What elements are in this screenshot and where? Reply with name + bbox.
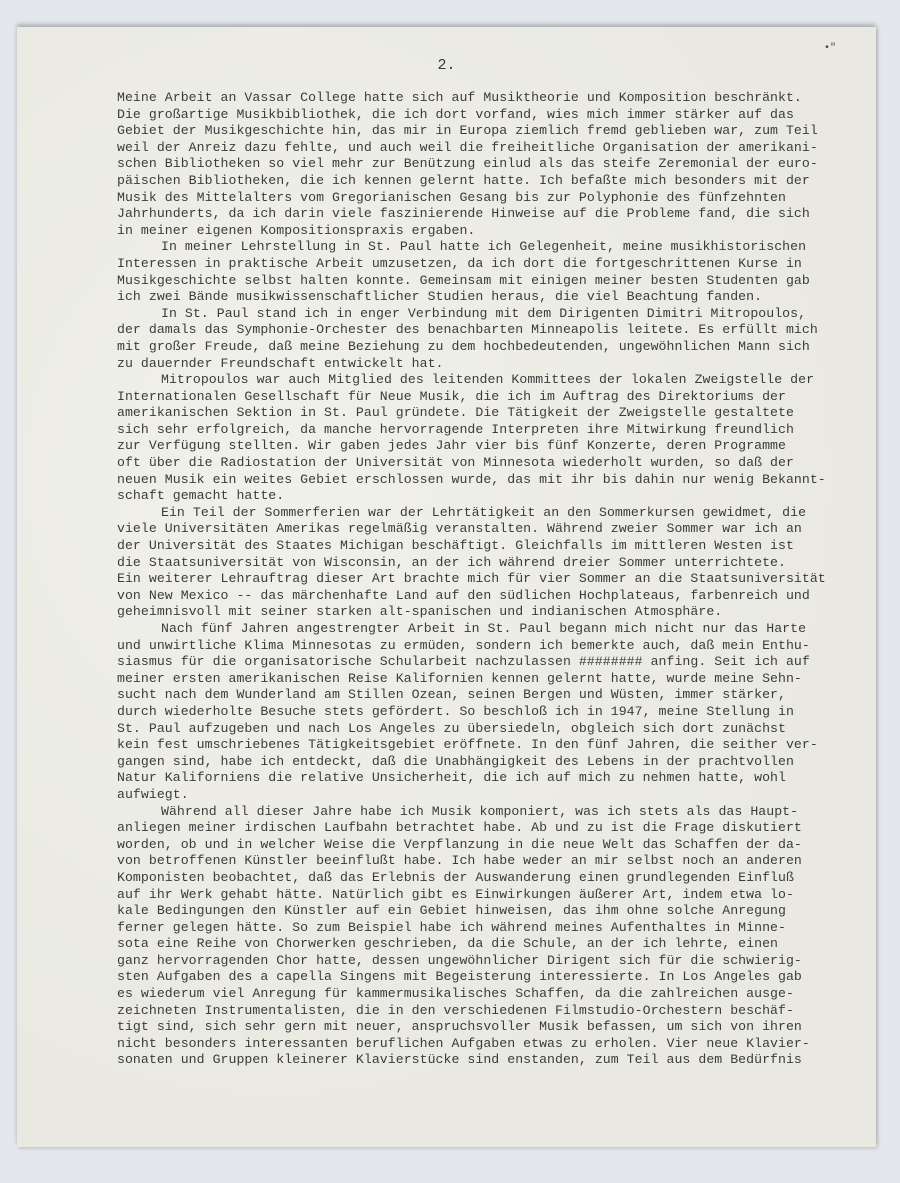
text-line: in meiner eigenen Kompositionspraxis erg… xyxy=(117,223,877,240)
text-line: durch wiederholte Besuche stets geförder… xyxy=(117,704,877,721)
text-line: Während all dieser Jahre habe ich Musik … xyxy=(117,804,877,821)
text-line: St. Paul aufzugeben und nach Los Angeles… xyxy=(117,721,877,738)
text-line: worden, ob und in welcher Weise die Verp… xyxy=(117,837,877,854)
text-line: Internationalen Gesellschaft für Neue Mu… xyxy=(117,389,877,406)
text-line: sota eine Reihe von Chorwerken geschrieb… xyxy=(117,936,877,953)
text-line: Mitropoulos war auch Mitglied des leiten… xyxy=(117,372,877,389)
text-line: Ein weiterer Lehrauftrag dieser Art brac… xyxy=(117,571,877,588)
text-line: ferner gelegen hätte. So zum Beispiel ha… xyxy=(117,920,877,937)
text-line: gangen sind, habe ich entdeckt, daß die … xyxy=(117,754,877,771)
text-line: mit großer Freude, daß meine Beziehung z… xyxy=(117,339,877,356)
text-line: ich zwei Bände musikwissenschaftlicher S… xyxy=(117,289,877,306)
text-line: Musikgeschichte selbst halten konnte. Ge… xyxy=(117,273,877,290)
text-line: amerikanischen Sektion in St. Paul gründ… xyxy=(117,405,877,422)
text-line: Meine Arbeit an Vassar College hatte sic… xyxy=(117,90,877,107)
text-line: kein fest umschriebenes Tätigkeitsgebiet… xyxy=(117,737,877,754)
text-line: Ein Teil der Sommerferien war der Lehrtä… xyxy=(117,505,877,522)
text-line: Nach fünf Jahren angestrengter Arbeit in… xyxy=(117,621,877,638)
text-line: schen Bibliotheken so viel mehr zur Benü… xyxy=(117,156,877,173)
text-line: päischen Bibliotheken, die ich kennen ge… xyxy=(117,173,877,190)
text-line: kale Bedingungen den Künstler auf ein Ge… xyxy=(117,903,877,920)
text-line: Interessen in praktische Arbeit umzusetz… xyxy=(117,256,877,273)
text-line: der damals das Symphonie-Orchester des b… xyxy=(117,322,877,339)
typewritten-page: •" 2. Meine Arbeit an Vassar College hat… xyxy=(17,27,876,1147)
text-line: neuen Musik ein weites Gebiet erschlosse… xyxy=(117,472,877,489)
text-line: viele Universitäten Amerikas regelmäßig … xyxy=(117,521,877,538)
text-line: und unwirtliche Klima Minnesotas zu ermü… xyxy=(117,638,877,655)
text-line: auf ihr Werk gehabt hätte. Natürlich gib… xyxy=(117,887,877,904)
text-line: nicht besonders interessanten berufliche… xyxy=(117,1036,877,1053)
text-line: weil der Anreiz dazu fehlte, und auch we… xyxy=(117,140,877,157)
text-line: oft über die Radiostation der Universitä… xyxy=(117,455,877,472)
text-line: Komponisten beobachtet, daß das Erlebnis… xyxy=(117,870,877,887)
text-line: sonaten und Gruppen kleinerer Klavierstü… xyxy=(117,1052,877,1069)
text-line: es wiederum viel Anregung für kammermusi… xyxy=(117,986,877,1003)
text-line: In St. Paul stand ich in enger Verbindun… xyxy=(117,306,877,323)
text-line: sich sehr erfolgreich, da manche hervorr… xyxy=(117,422,877,439)
text-line: von New Mexico -- das märchenhafte Land … xyxy=(117,588,877,605)
text-line: sten Aufgaben des a capella Singens mit … xyxy=(117,969,877,986)
text-line: aufwiegt. xyxy=(117,787,877,804)
text-line: In meiner Lehrstellung in St. Paul hatte… xyxy=(117,239,877,256)
page-number: 2. xyxy=(17,57,876,74)
text-line: schaft gemacht hatte. xyxy=(117,488,877,505)
body-text: Meine Arbeit an Vassar College hatte sic… xyxy=(117,90,877,1069)
text-line: tigt sind, sich sehr gern mit neuer, ans… xyxy=(117,1019,877,1036)
text-line: zu dauernder Freundschaft entwickelt hat… xyxy=(117,356,877,373)
text-line: zur Verfügung stellten. Wir gaben jedes … xyxy=(117,438,877,455)
text-line: Natur Kaliforniens die relative Unsicher… xyxy=(117,770,877,787)
text-line: anliegen meiner irdischen Laufbahn betra… xyxy=(117,820,877,837)
text-line: der Universität des Staates Michigan bes… xyxy=(117,538,877,555)
text-line: ganz hervorragenden Chor hatte, dessen u… xyxy=(117,953,877,970)
text-line: Musik des Mittelalters vom Gregorianisch… xyxy=(117,190,877,207)
text-line: sucht nach dem Wunderland am Stillen Oze… xyxy=(117,687,877,704)
corner-mark: •" xyxy=(824,43,836,54)
text-line: zeichneten Instrumentalisten, die in den… xyxy=(117,1003,877,1020)
text-line: von betroffenen Künstler beeinflußt habe… xyxy=(117,853,877,870)
text-line: die Staatsuniversität von Wisconsin, an … xyxy=(117,555,877,572)
text-line: siasmus für die organisatorische Schular… xyxy=(117,654,877,671)
text-line: geheimnisvoll mit seiner starken alt-spa… xyxy=(117,604,877,621)
text-line: Die großartige Musikbibliothek, die ich … xyxy=(117,107,877,124)
text-line: Gebiet der Musikgeschichte hin, das mir … xyxy=(117,123,877,140)
text-line: meiner ersten amerikanischen Reise Kalif… xyxy=(117,671,877,688)
text-line: Jahrhunderts, da ich darin viele faszini… xyxy=(117,206,877,223)
